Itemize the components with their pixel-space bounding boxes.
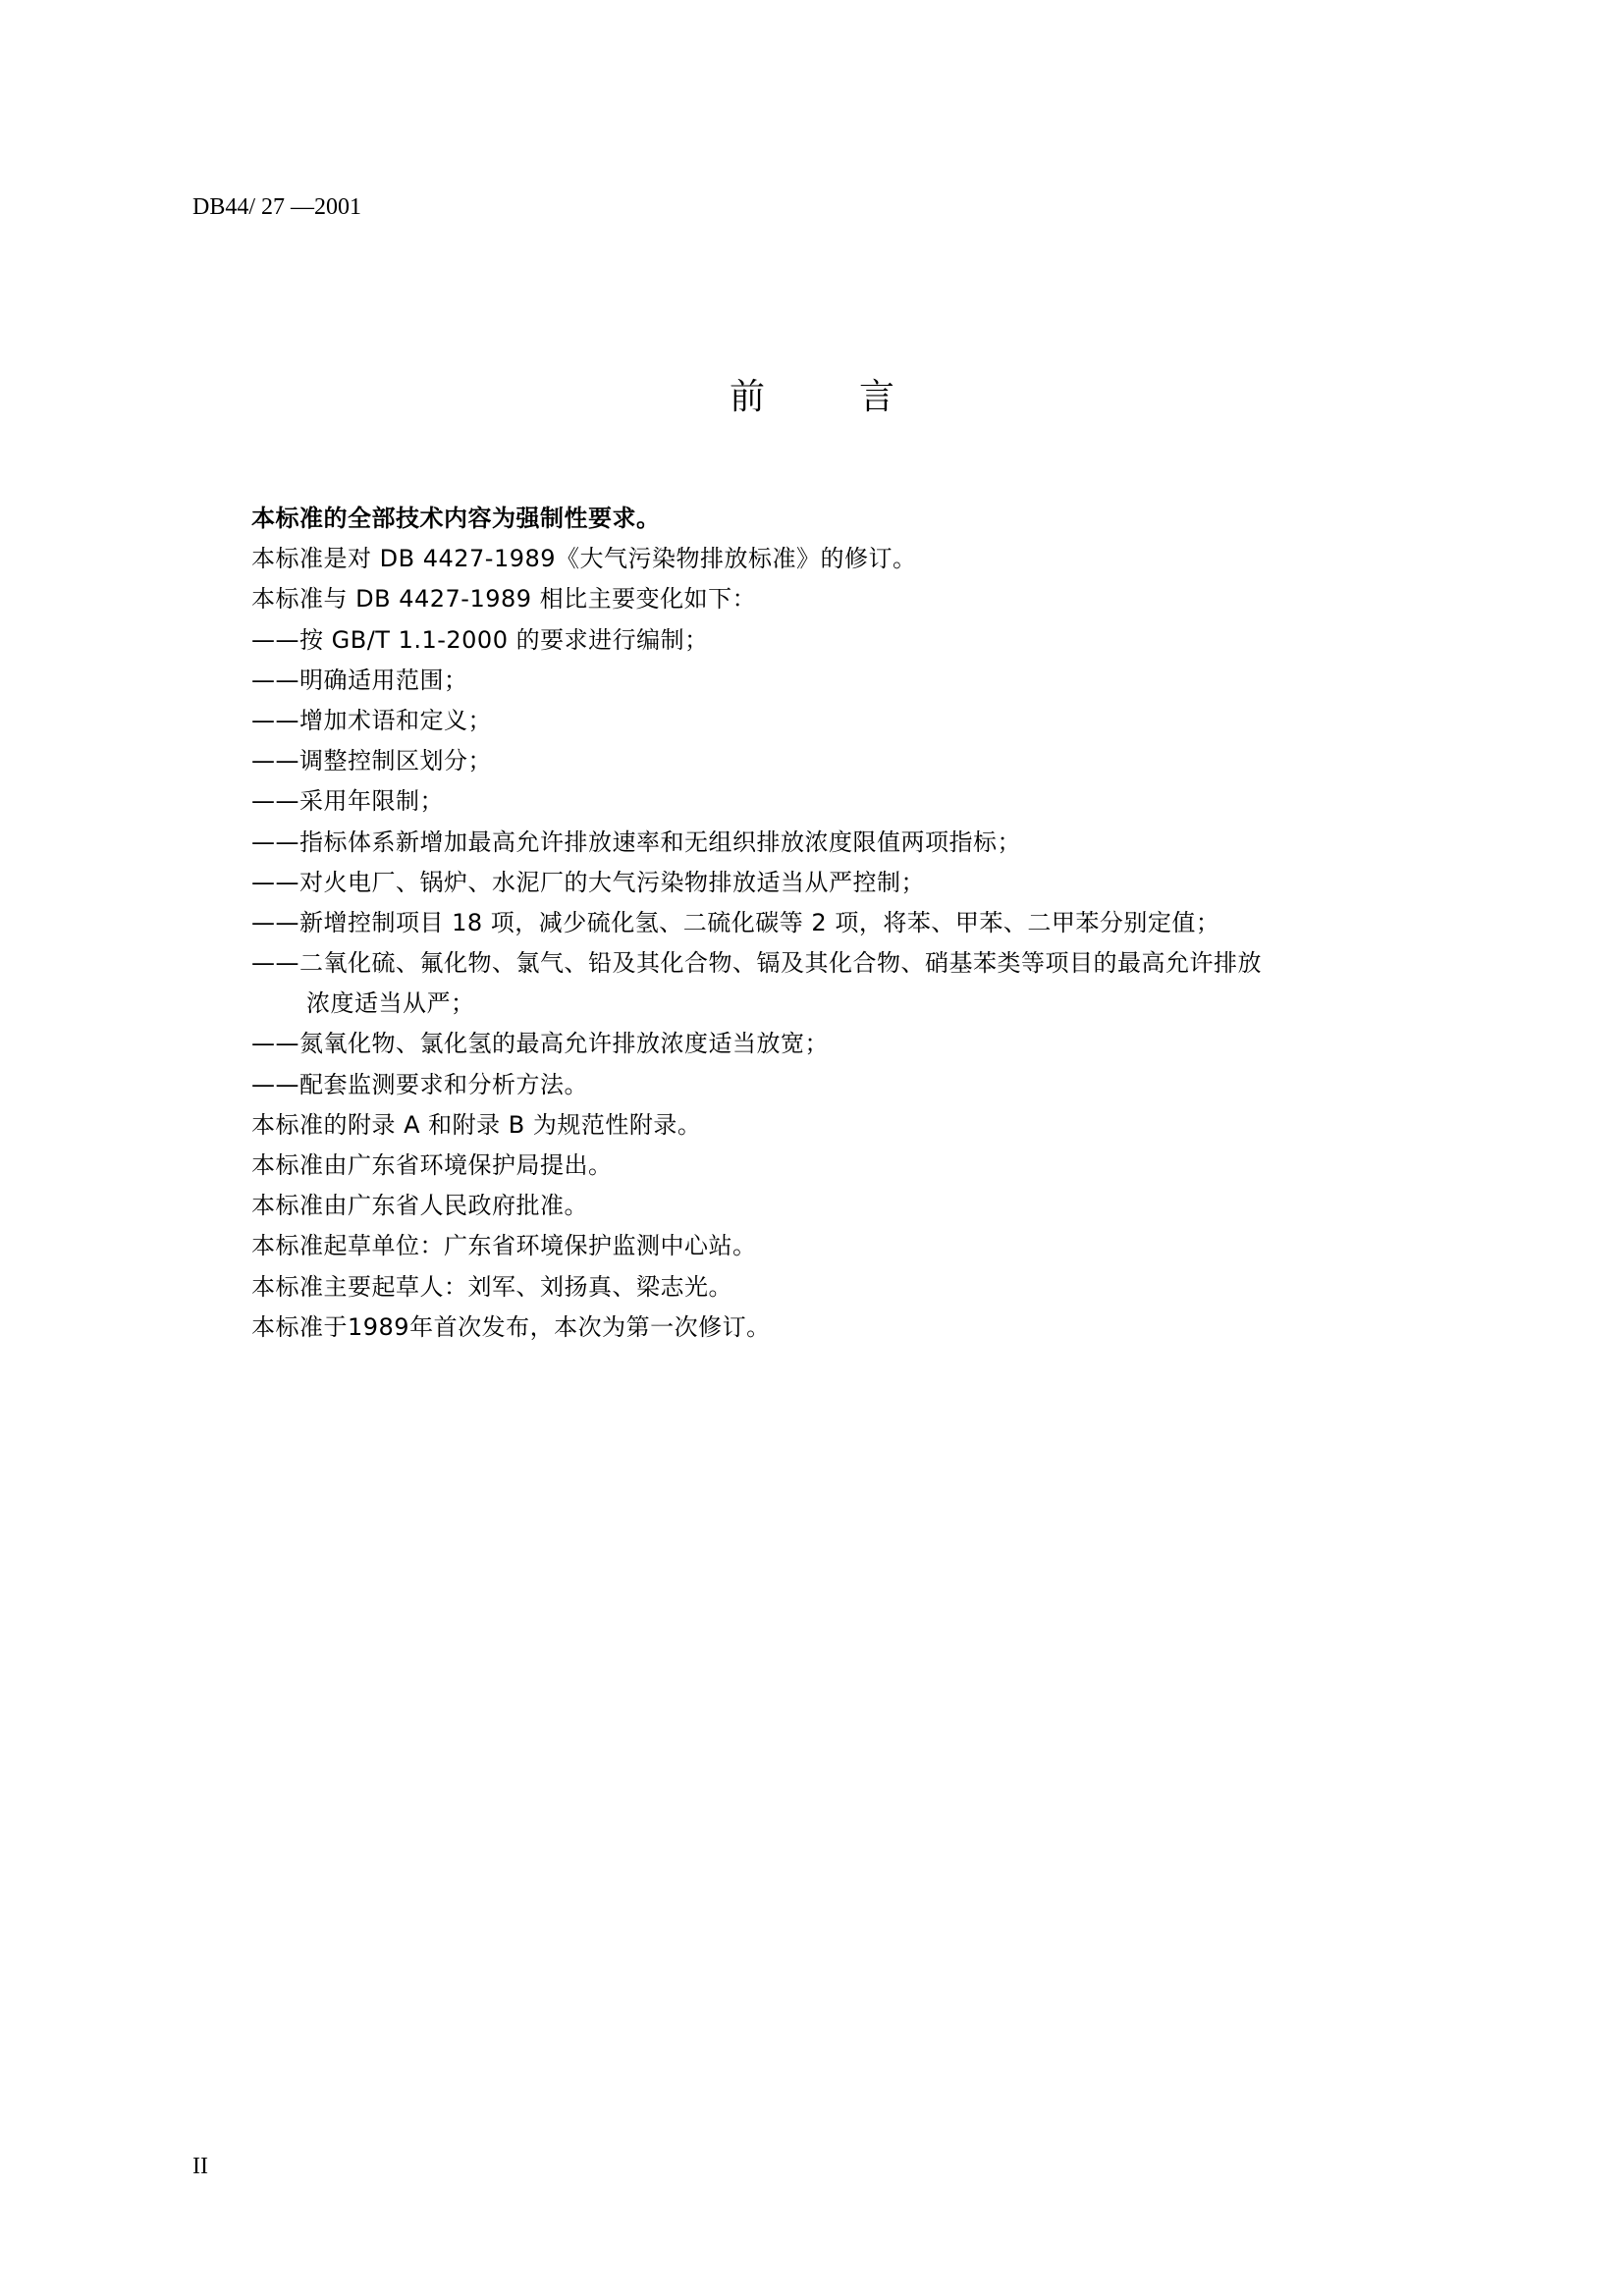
change-item: ——配套监测要求和分析方法。 [251,1065,1489,1105]
page-number: II [192,2154,208,2180]
foreword-body: 本标准的全部技术内容为强制性要求。 本标准是对 DB 4427-1989《大气污… [251,499,1489,1348]
mandatory-statement: 本标准的全部技术内容为强制性要求。 [251,499,1489,539]
change-item: ——指标体系新增加最高允许排放速率和无组织排放浓度限值两项指标； [251,823,1489,863]
change-item: ——按 GB/T 1.1-2000 的要求进行编制； [251,620,1489,661]
change-item: ——对火电厂、锅炉、水泥厂的大气污染物排放适当从严控制； [251,863,1489,903]
change-item: ——氮氧化物、氯化氢的最高允许排放浓度适当放宽； [251,1024,1489,1064]
change-item: ——增加术语和定义； [251,701,1489,741]
change-item-continuation: 浓度适当从严； [251,984,1489,1024]
drafters-statement: 本标准主要起草人：刘军、刘扬真、梁志光。 [251,1267,1489,1308]
change-item: ——新增控制项目 18 项，减少硫化氢、二硫化碳等 2 项，将苯、甲苯、二甲苯分… [251,903,1489,943]
page-title: 前言 [0,369,1624,419]
page-title-char-2: 言 [859,369,894,419]
standard-code-header: DB44/ 27 —2001 [192,194,361,221]
changes-intro: 本标准与 DB 4427-1989 相比主要变化如下： [251,579,1489,619]
page-title-char-1: 前 [730,369,765,419]
proposer-statement: 本标准由广东省环境保护局提出。 [251,1146,1489,1186]
change-item: ——采用年限制； [251,781,1489,822]
change-item: ——明确适用范围； [251,661,1489,701]
appendix-statement: 本标准的附录 A 和附录 B 为规范性附录。 [251,1105,1489,1146]
change-item: ——二氧化硫、氟化物、氯气、铅及其化合物、镉及其化合物、硝基苯类等项目的最高允许… [251,943,1489,984]
approver-statement: 本标准由广东省人民政府批准。 [251,1186,1489,1226]
change-item: ——调整控制区划分； [251,741,1489,781]
revision-statement: 本标准是对 DB 4427-1989《大气污染物排放标准》的修订。 [251,539,1489,579]
publication-history-statement: 本标准于1989年首次发布，本次为第一次修订。 [251,1308,1489,1348]
drafting-unit-statement: 本标准起草单位：广东省环境保护监测中心站。 [251,1226,1489,1266]
